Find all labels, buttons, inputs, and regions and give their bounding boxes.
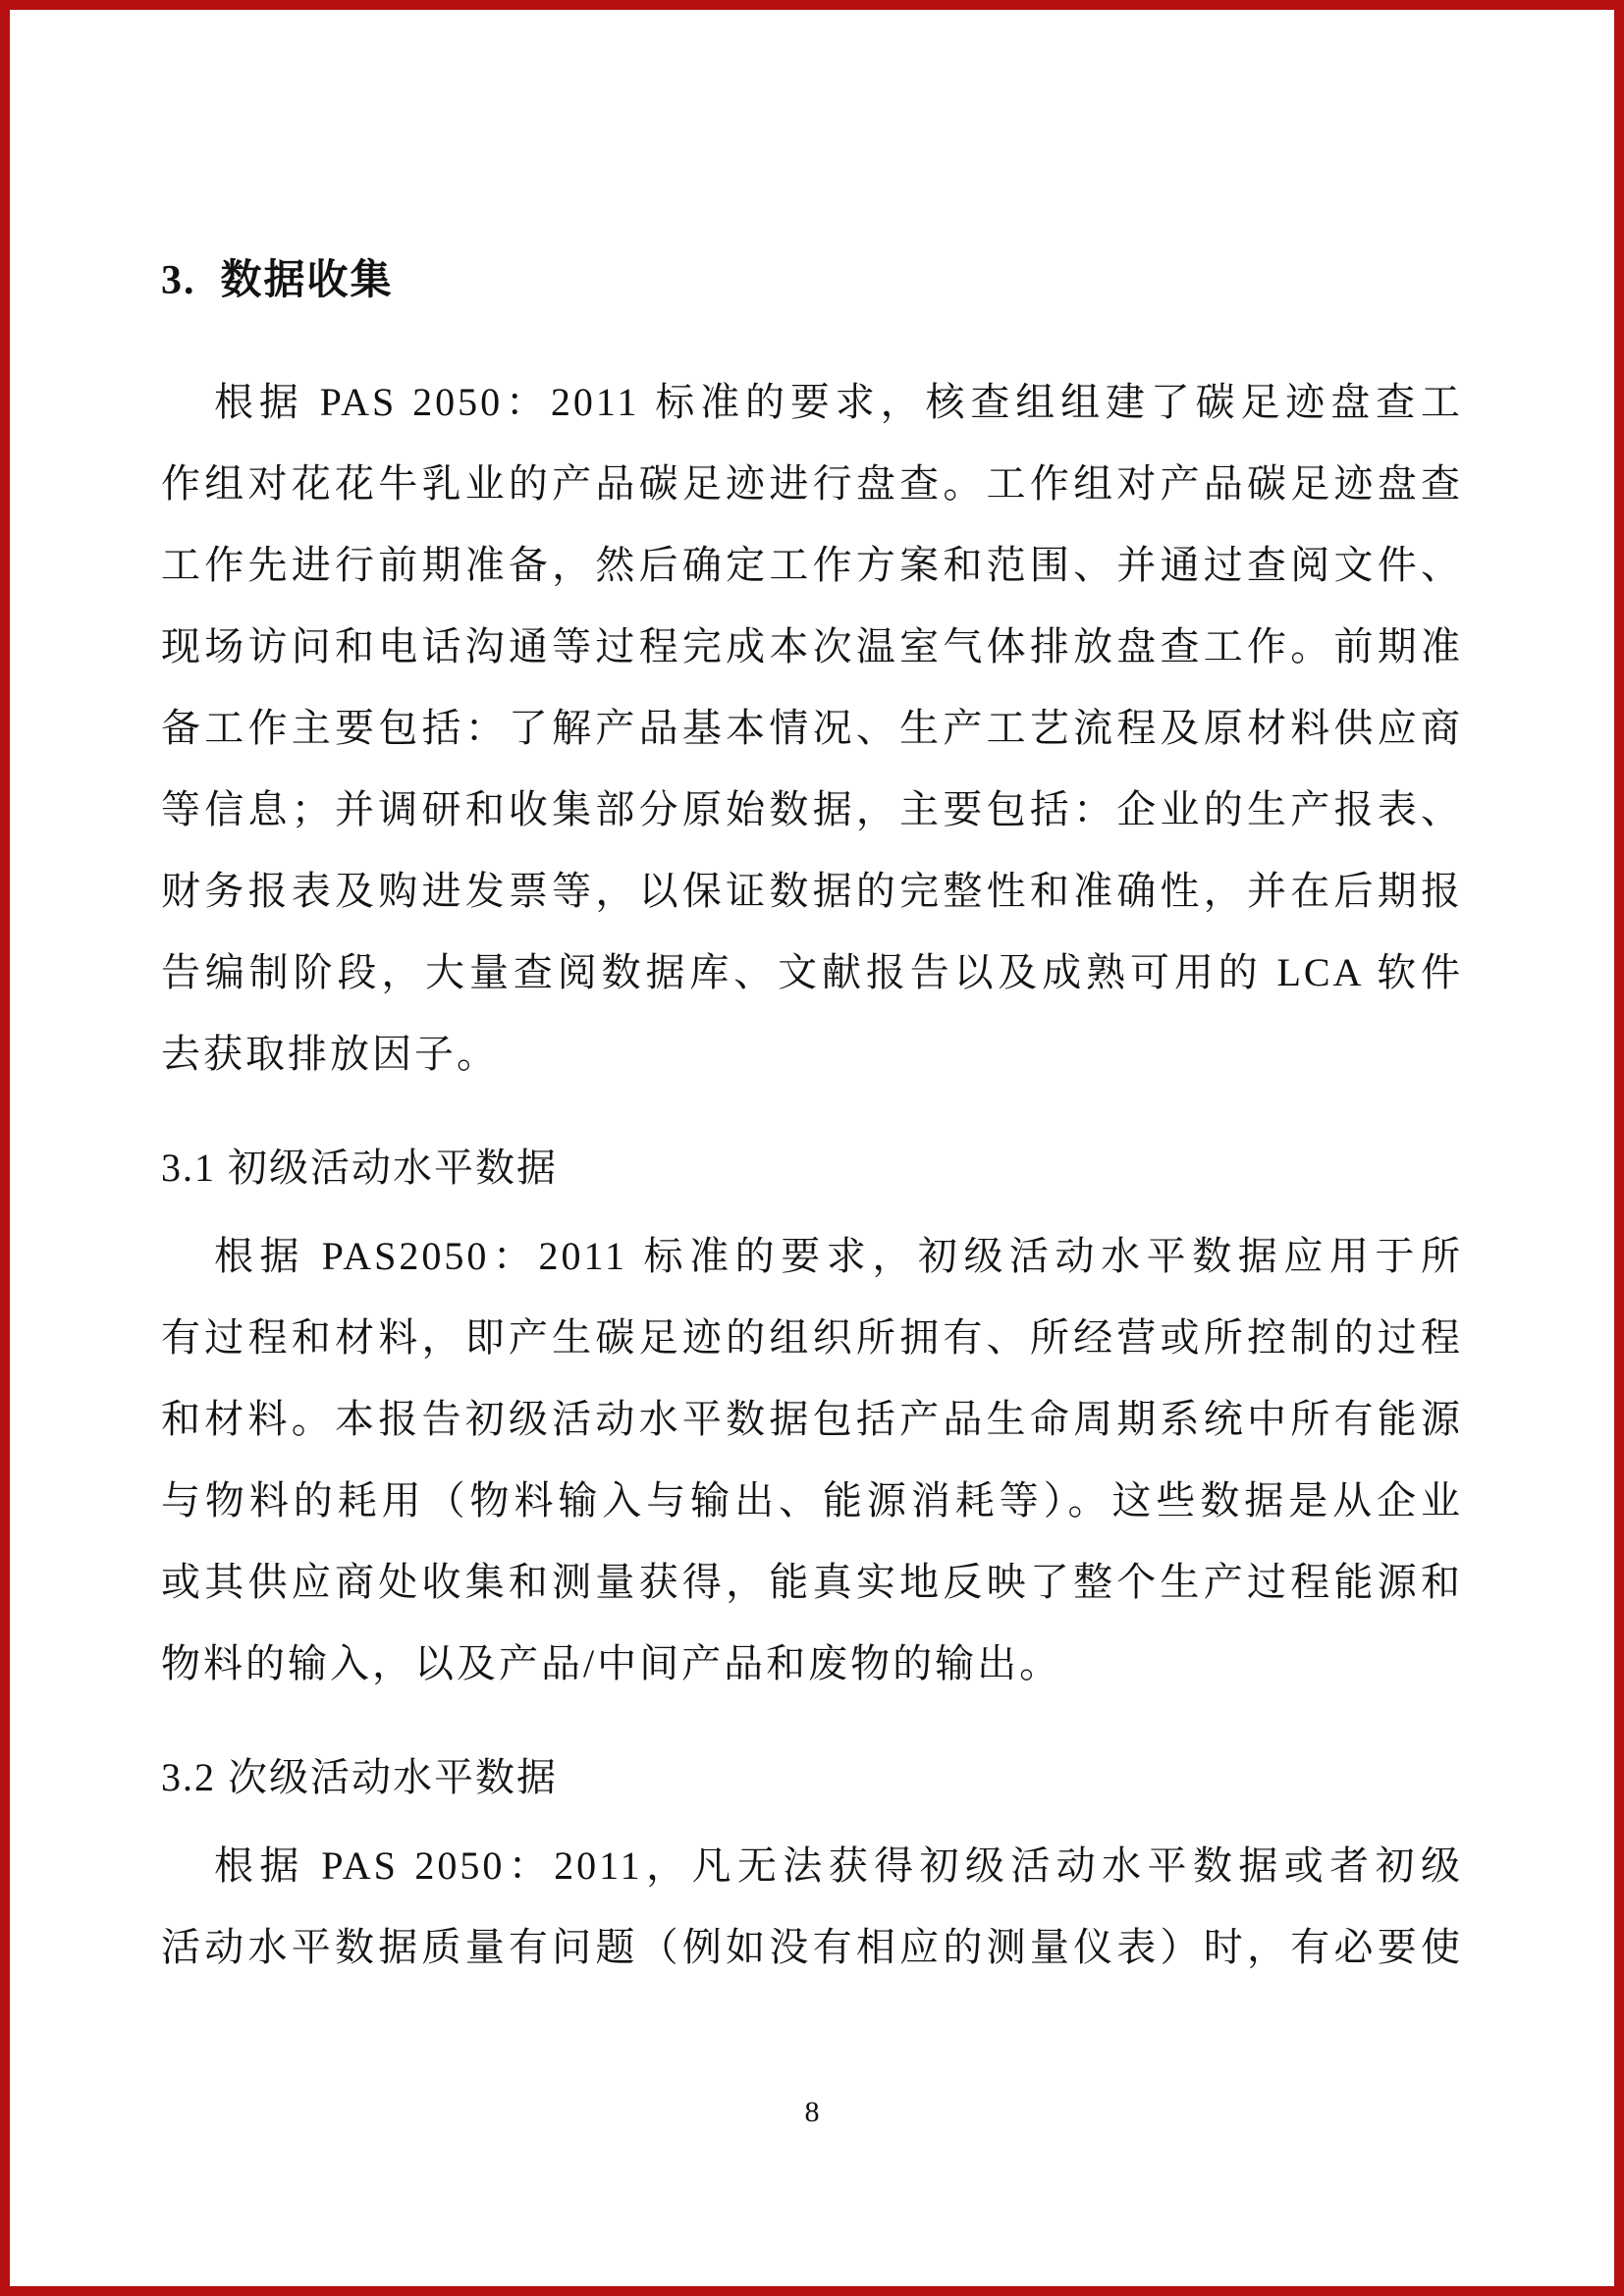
text-line: 工作先进行前期准备，然后确定工作方案和范围、并通过查阅文件、 [161,524,1463,606]
text-line: 根据 PAS 2050：2011，凡无法获得初级活动水平数据或者初级 [161,1825,1463,1906]
document-page: 3. 数据收集 根据 PAS 2050：2011 标准的要求，核查组组建了碳足迹… [0,0,1624,2296]
text-line: 去获取排放因子。 [161,1013,1463,1095]
text-line: 有过程和材料，即产生碳足迹的组织所拥有、所经营或所控制的过程 [161,1297,1463,1378]
text-line: 根据 PAS 2050：2011 标准的要求，核查组组建了碳足迹盘查工 [161,361,1463,443]
text-line: 等信息；并调研和收集部分原始数据，主要包括：企业的生产报表、 [161,769,1463,850]
document-body: 3. 数据收集 根据 PAS 2050：2011 标准的要求，核查组组建了碳足迹… [10,255,1614,1988]
text-line: 财务报表及购进发票等，以保证数据的完整性和准确性，并在后期报 [161,850,1463,932]
section-3-2-paragraph: 根据 PAS 2050：2011，凡无法获得初级活动水平数据或者初级 活动水平数… [161,1825,1463,1988]
chapter-heading: 3. 数据收集 [161,255,1463,306]
text-line: 告编制阶段，大量查阅数据库、文献报告以及成熟可用的 LCA 软件 [161,932,1463,1013]
text-line: 作组对花花牛乳业的产品碳足迹进行盘查。工作组对产品碳足迹盘查 [161,443,1463,524]
text-line: 活动水平数据质量有问题（例如没有相应的测量仪表）时，有必要使 [161,1906,1463,1988]
text-line: 备工作主要包括：了解产品基本情况、生产工艺流程及原材料供应商 [161,687,1463,769]
section-title-3-2: 3.2 次级活动水平数据 [161,1748,1463,1807]
section-3-1-paragraph: 根据 PAS2050：2011 标准的要求，初级活动水平数据应用于所 有过程和材… [161,1215,1463,1704]
text-line: 和材料。本报告初级活动水平数据包括产品生命周期系统中所有能源 [161,1378,1463,1460]
text-line: 现场访问和电话沟通等过程完成本次温室气体排放盘查工作。前期准 [161,606,1463,687]
text-line: 物料的输入，以及产品/中间产品和废物的输出。 [161,1623,1463,1704]
intro-paragraph: 根据 PAS 2050：2011 标准的要求，核查组组建了碳足迹盘查工 作组对花… [161,361,1463,1095]
page-number: 8 [10,2093,1614,2132]
text-line: 与物料的耗用（物料输入与输出、能源消耗等）。这些数据是从企业 [161,1460,1463,1541]
text-line: 或其供应商处收集和测量获得，能真实地反映了整个生产过程能源和 [161,1541,1463,1623]
section-title-3-1: 3.1 初级活动水平数据 [161,1139,1463,1198]
text-line: 根据 PAS2050：2011 标准的要求，初级活动水平数据应用于所 [161,1215,1463,1297]
